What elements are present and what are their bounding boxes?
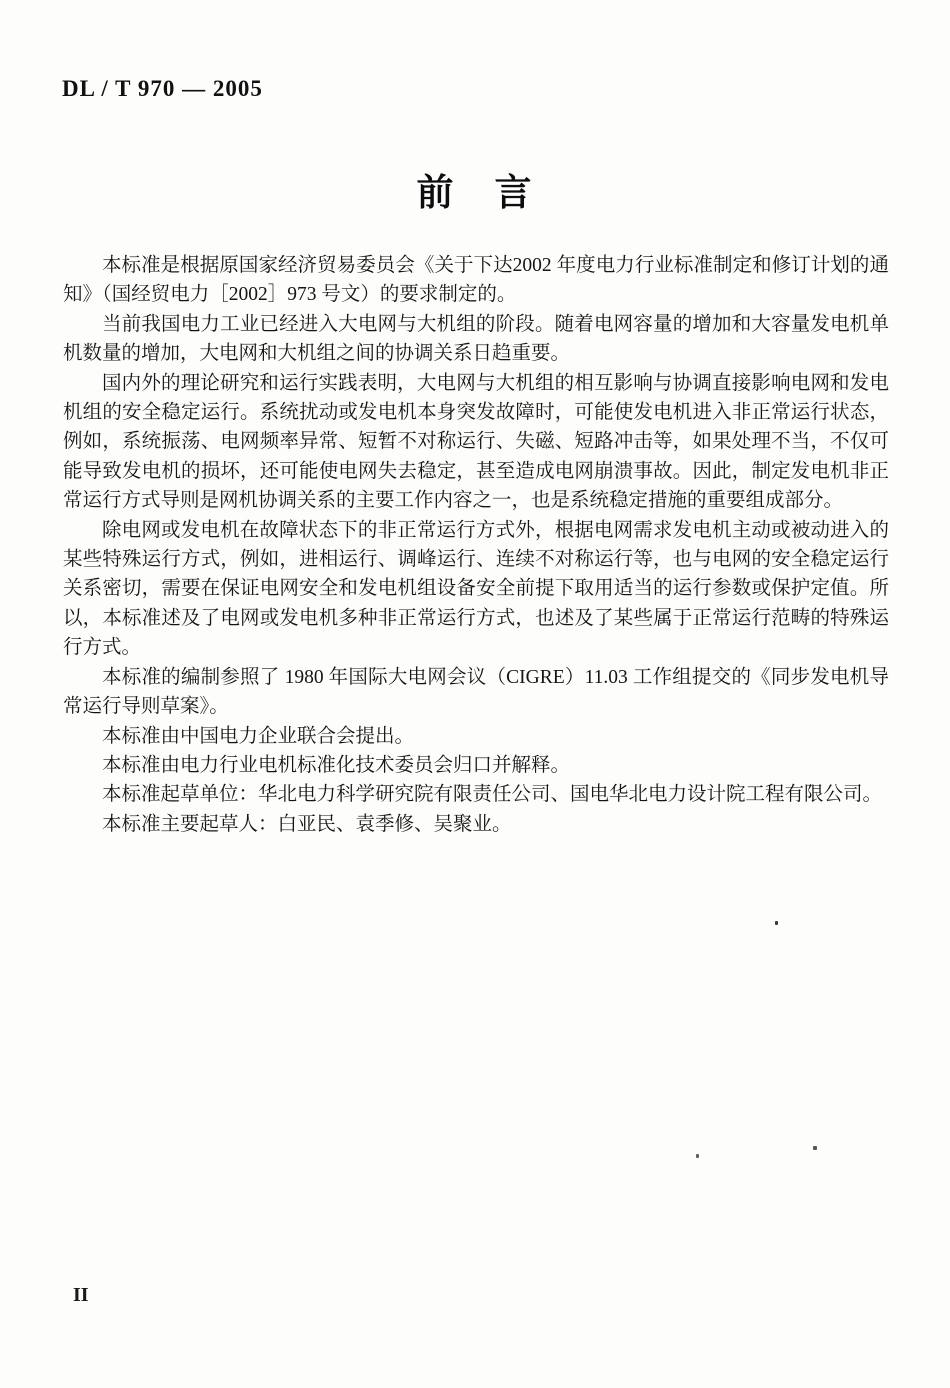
foreword-body: 本标准是根据原国家经济贸易委员会《关于下达2002 年度电力行业标准制定和修订计… bbox=[63, 251, 889, 839]
paragraph: 本标准由中国电力企业联合会提出。 bbox=[63, 722, 889, 751]
paragraph: 本标准的编制参照了 1980 年国际大电网会议（CIGRE）11.03 工作组提… bbox=[63, 663, 889, 722]
paragraph: 当前我国电力工业已经进入大电网与大机组的阶段。随着电网容量的增加和大容量发电机单… bbox=[63, 310, 889, 369]
paragraph: 本标准主要起草人：白亚民、袁季修、吴聚业。 bbox=[63, 810, 889, 839]
scan-speck bbox=[775, 921, 778, 925]
scan-speck bbox=[813, 1146, 817, 1150]
page-number: II bbox=[73, 1284, 89, 1307]
paragraph: 除电网或发电机在故障状态下的非正常运行方式外，根据电网需求发电机主动或被动进入的… bbox=[63, 516, 889, 663]
paragraph: 本标准由电力行业电机标准化技术委员会归口并解释。 bbox=[63, 751, 889, 780]
scan-speck bbox=[696, 1154, 699, 1158]
page-title: 前 言 bbox=[0, 162, 950, 216]
standard-code: DL / T 970 — 2005 bbox=[62, 76, 263, 102]
paragraph: 本标准起草单位：华北电力科学研究院有限责任公司、国电华北电力设计院工程有限公司。 bbox=[63, 780, 889, 809]
paragraph: 国内外的理论研究和运行实践表明，大电网与大机组的相互影响与协调直接影响电网和发电… bbox=[63, 369, 889, 516]
document-page: DL / T 970 — 2005 前 言 本标准是根据原国家经济贸易委员会《关… bbox=[0, 0, 950, 1388]
paragraph: 本标准是根据原国家经济贸易委员会《关于下达2002 年度电力行业标准制定和修订计… bbox=[63, 251, 889, 310]
